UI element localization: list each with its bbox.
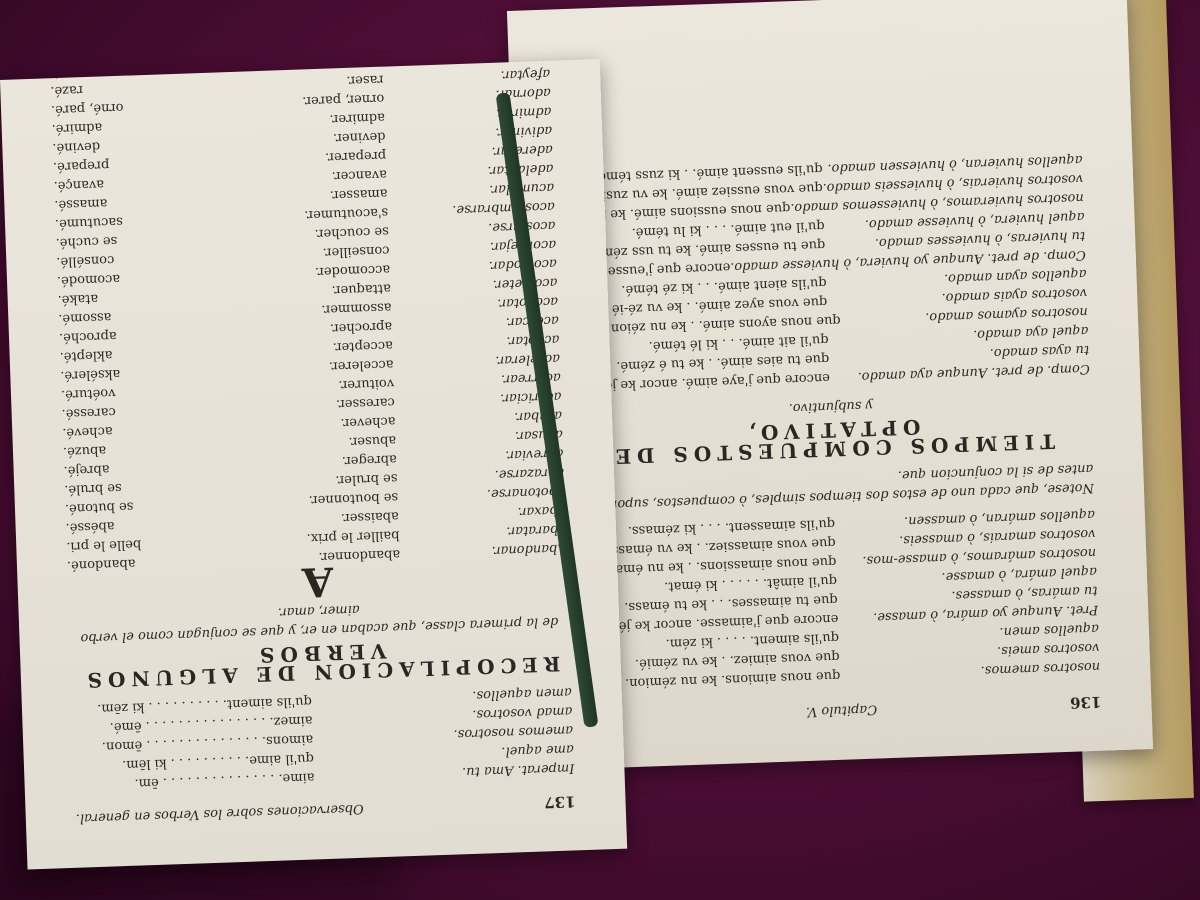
page-number: 137 [363, 783, 576, 817]
running-head: Observaciones sobre los Verbos en genera… [75, 799, 364, 828]
imperative-list: Imperat. Ama tu.ame aquel.amemos nosotro… [332, 682, 575, 785]
left-page: 137 Observaciones sobre los Verbos en ge… [0, 59, 627, 869]
open-book: 136 Capitulo V. nosotros amemos.que nous… [0, 0, 1200, 900]
verb-list: Abandonar.abandonner.abandoné.abaratar.b… [49, 59, 567, 575]
running-head: Capitulo V. [755, 698, 929, 723]
page-number: 136 [928, 684, 1102, 717]
conjugation-table-top: nosotros amemos.que nous aimions. ke nu … [575, 505, 1101, 694]
french-list: aime. . . . . . . . . . . . . . . ēm.qu'… [72, 692, 315, 795]
conjugation-table-bottom: Comp. de pret. Aunque aya amado.encore q… [562, 150, 1090, 396]
